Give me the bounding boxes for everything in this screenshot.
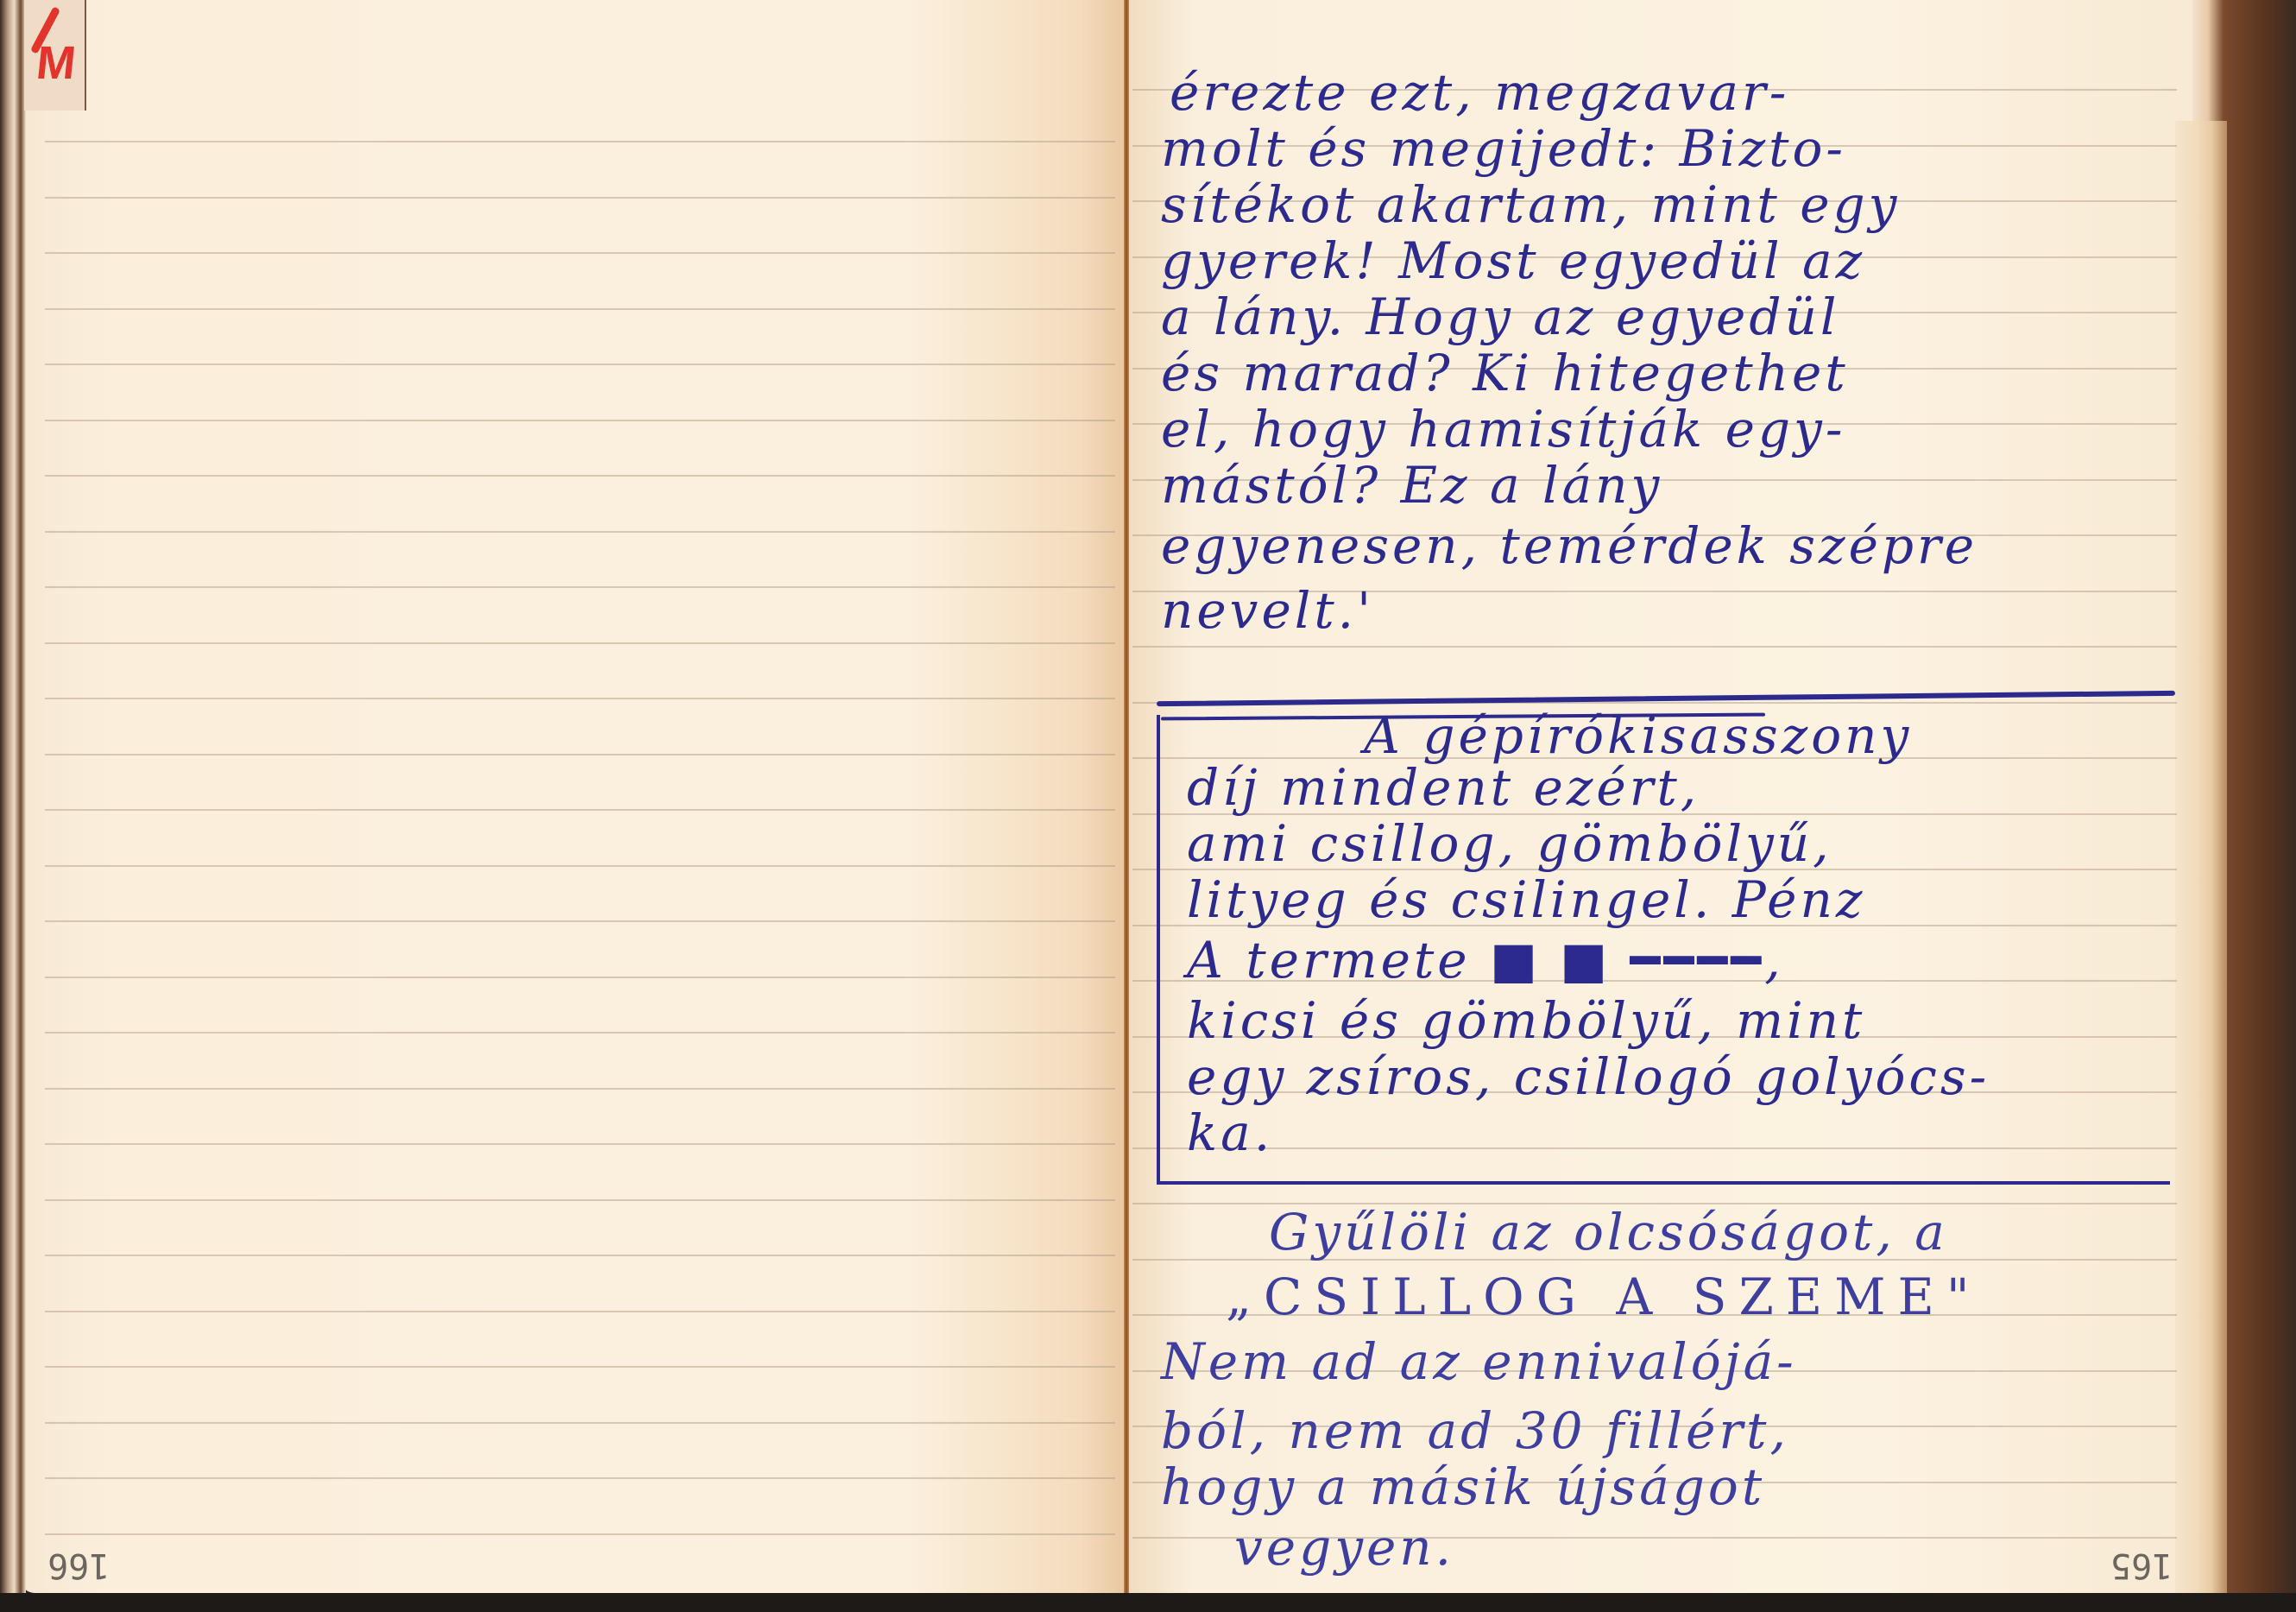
tab-letter-mark: M — [30, 24, 81, 102]
rule-line — [45, 754, 1115, 755]
rule-line — [45, 586, 1115, 588]
bottom-shadow — [0, 1593, 2296, 1612]
handwritten-line: „CSILLOG A SZEME" — [1226, 1269, 1982, 1324]
rule-line — [45, 475, 1115, 477]
rule-line — [45, 1143, 1115, 1145]
handwritten-line: ka. — [1187, 1105, 1273, 1160]
handwritten-line: érezte ezt, megzavar- — [1170, 65, 1789, 120]
rule-line — [45, 420, 1115, 421]
rule-line — [45, 1032, 1115, 1034]
handwritten-line: sítékot akartam, mint egy — [1161, 177, 1900, 232]
page-stack-lower — [2175, 121, 2227, 1606]
rule-line — [45, 1477, 1115, 1479]
handwritten-line: vegyen. — [1234, 1520, 1454, 1575]
rule-line — [45, 977, 1115, 978]
rule-line — [45, 197, 1115, 199]
handwritten-line: Nem ad az ennivalójá- — [1161, 1334, 1797, 1389]
rule-line — [45, 642, 1115, 644]
left-page-paper — [22, 112, 1103, 1593]
rule-line — [45, 1533, 1115, 1535]
right-page-number: 165 — [2110, 1546, 2173, 1585]
rule-line — [45, 809, 1115, 811]
handwritten-line: ból, nem ad 30 fillért, — [1161, 1403, 1789, 1458]
handwritten-line: mástól? Ez a lány — [1161, 458, 1662, 513]
rule-line — [1132, 646, 2177, 648]
handwritten-line: Gyűlöli az olcsóságot, a — [1269, 1204, 1948, 1260]
handwritten-line: A termete ■ ■ ━━━━, — [1187, 932, 1784, 988]
rule-line — [45, 1366, 1115, 1368]
rule-line — [45, 865, 1115, 867]
handwritten-line: hogy a másik újságot — [1161, 1459, 1765, 1514]
rule-line — [45, 698, 1115, 699]
handwritten-line: kicsi és gömbölyű, mint — [1187, 993, 1865, 1048]
rule-line — [45, 363, 1115, 365]
handwritten-line: és marad? Ki hitegethet — [1161, 345, 1849, 401]
rule-line — [45, 1088, 1115, 1090]
handwritten-line: egy zsíros, csillogó golyócs- — [1187, 1049, 1990, 1104]
rule-line — [45, 308, 1115, 310]
handwritten-line: el, hogy hamisítják egy- — [1161, 401, 1845, 457]
handwritten-line: egyenesen, temérdek szépre — [1161, 518, 1977, 573]
handwritten-line: ami csillog, gömbölyű, — [1187, 816, 1832, 871]
rule-line — [45, 1422, 1115, 1424]
rule-line — [45, 141, 1115, 142]
rule-line — [45, 252, 1115, 254]
left-page-number: 166 — [47, 1546, 110, 1585]
handwritten-line: lityeg és csilingel. Pénz — [1187, 872, 1865, 927]
handwritten-line: a lány. Hogy az egyedül — [1161, 289, 1839, 345]
handwritten-line: nevelt.' — [1161, 583, 1374, 638]
handwritten-line: díj mindent ezért, — [1187, 760, 1700, 815]
rule-line — [45, 1311, 1115, 1312]
rule-line — [45, 920, 1115, 922]
handwritten-line: A gépírókisasszony — [1364, 708, 1912, 763]
rule-line — [45, 531, 1115, 533]
handwritten-line: molt és megijedt: Bizto- — [1161, 121, 1846, 176]
handwritten-line: gyerek! Most egyedül az — [1161, 233, 1865, 288]
rule-line — [45, 1199, 1115, 1201]
rule-line — [45, 1255, 1115, 1256]
notebook-spread: M 166 érezte ezt, megzavar- molt és megi… — [0, 0, 2296, 1612]
